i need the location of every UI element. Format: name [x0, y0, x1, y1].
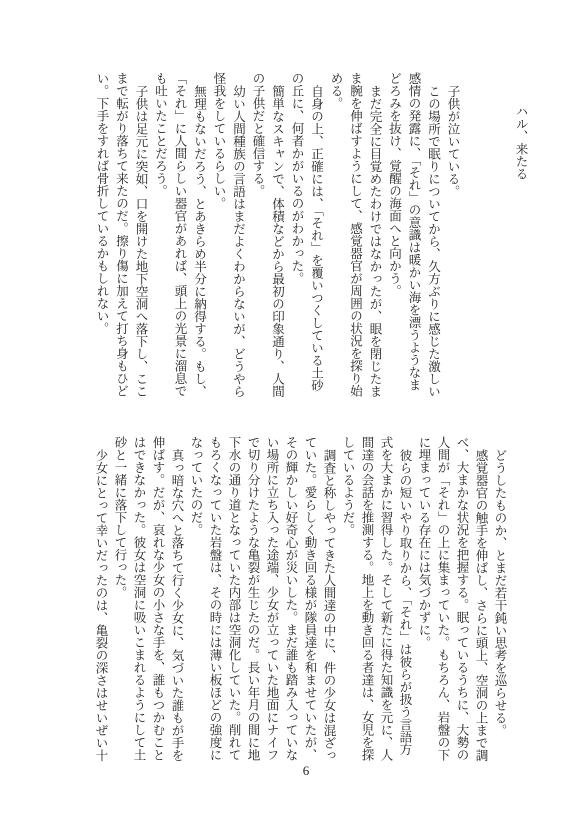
paragraph: 子供は足元に突如、口を開けた地下空洞へ落下し、ここまで転がり落ちて来たのだ。擦り… — [92, 72, 151, 397]
body-section-1: 子供が泣いている。この場所で眠りについてから、久方ぶりに感じた激しい感情の発露に… — [92, 72, 463, 397]
paragraph: 真っ暗な穴へと落ちて行く少女に、気づいた誰もが手を伸ばす。だが、哀れな少女の小さ… — [110, 436, 186, 761]
paragraph: 感覚器官の触手を伸ばし、さらに頭上、空洞の上まで調べ、大まかな状況を把握する。眠… — [414, 436, 490, 761]
paragraph: この場所で眠りについてから、久方ぶりに感じた激しい感情の発露に、「それ」の意識は… — [384, 72, 443, 397]
paragraph: どうしたものか、とまだ若干鈍い思考を巡らせる。 — [490, 436, 509, 761]
paragraph: 無理もないだろう、とあきらめ半分に納得する。もし、「それ」に人間らしい器官があれ… — [150, 72, 209, 397]
paragraph: 少女にとって幸いだったのは、亀裂の深さはせいぜい十 — [91, 436, 110, 761]
page-number: 6 — [290, 762, 322, 780]
body-section-2: どうしたものか、とまだ若干鈍い思考を巡らせる。感覚器官の触手を伸ばし、さらに頭上… — [91, 436, 509, 761]
paragraph: 彼らの短いやり取りから、「それ」は彼らが扱う言語方式を大まかに習得した。そして新… — [338, 436, 414, 761]
paragraph: 簡単なスキャンで、体積などから最初の印象通り、人間の子供だと確信する。 — [248, 72, 287, 397]
paragraph: 自身の上、正確には、「それ」を覆いつくしている土砂の丘に、何者かがいるのがわかっ… — [287, 72, 326, 397]
paragraph: 調査と称しやってきた人間達の中に、件の少女は混ざっていた。愛らしく動き回る様が隊… — [186, 436, 338, 761]
book-page: ハル、来たる 子供が泣いている。この場所で眠りについてから、久方ぶりに感じた激し… — [0, 0, 582, 826]
paragraph: 子供が泣いている。 — [443, 72, 463, 397]
chapter-title: ハル、来たる — [511, 105, 531, 180]
paragraph: 幼い人間種族の言語はまだよくわからないが、どうやら怪我をしているらしい。 — [209, 72, 248, 397]
paragraph: まだ完全に目覚めたわけではなかったが、眼を閉じたまま腕を伸ばすようにして、感覚器… — [326, 72, 385, 397]
